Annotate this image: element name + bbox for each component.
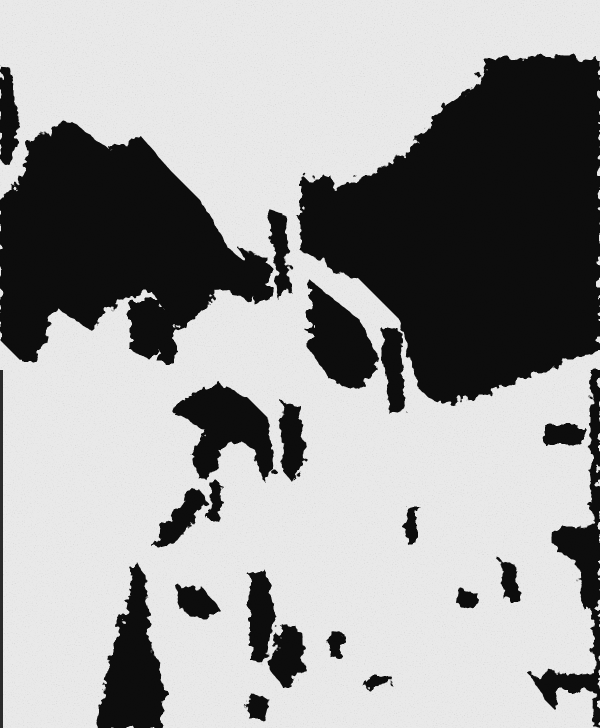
newspaper-photo [0,0,600,728]
grain-overlay [0,0,600,728]
photo-content [0,0,600,728]
